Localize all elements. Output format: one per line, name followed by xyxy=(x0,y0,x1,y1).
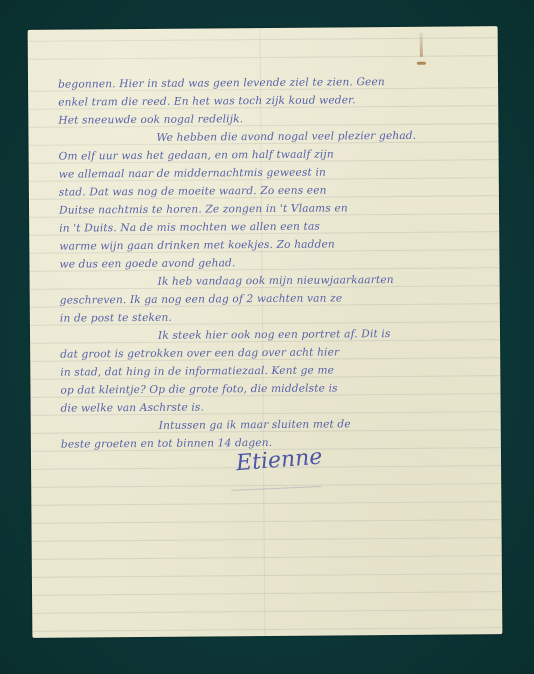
staple-mark xyxy=(420,33,423,57)
letter-page: begonnen. Hier in stad was geen levende … xyxy=(28,26,503,638)
letter-body: begonnen. Hier in stad was geen levende … xyxy=(58,72,481,453)
signature: Etienne xyxy=(235,445,323,477)
signature-underline xyxy=(231,486,321,491)
rust-spot xyxy=(417,62,426,65)
